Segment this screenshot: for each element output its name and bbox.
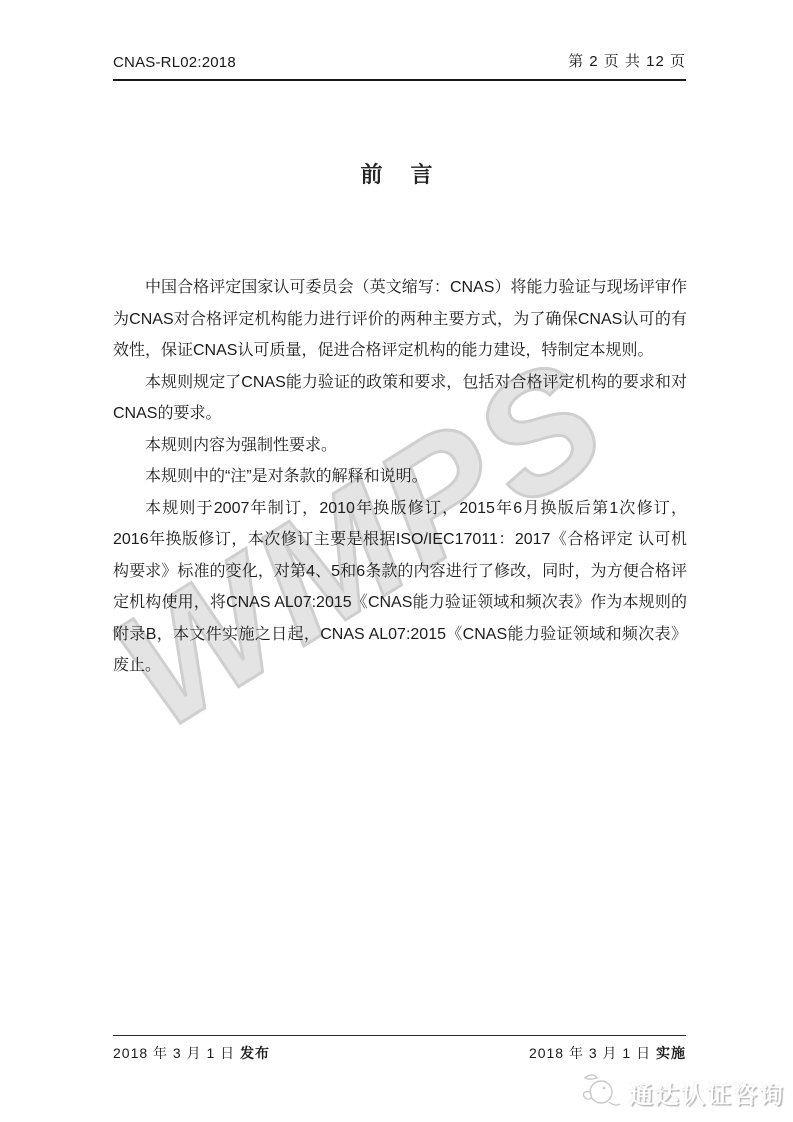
document-body: 中国合格评定国家认可委员会（英文缩写：CNAS）将能力验证与现场评审作为CNAS… (113, 272, 687, 682)
issue-date-line: 2018 年 3 月 1 日 发布 (113, 1043, 270, 1063)
implementation-date: 2018 年 3 月 1 日 (529, 1045, 651, 1061)
page-header: CNAS-RL02:2018 第 2 页 共 12 页 (113, 50, 686, 81)
bird-eye (603, 1087, 606, 1090)
brand-name: 通达认证咨询 (629, 1075, 785, 1110)
page-number-info: 第 2 页 共 12 页 (568, 50, 686, 71)
page-footer: 2018 年 3 月 1 日 发布 2018 年 3 月 1 日 实施 (113, 1035, 686, 1063)
brand-watermark: 通达认证咨询 (579, 1072, 785, 1112)
implementation-date-line: 2018 年 3 月 1 日 实施 (529, 1043, 686, 1063)
bird-logo-icon (579, 1072, 623, 1112)
document-code: CNAS-RL02:2018 (113, 54, 236, 71)
document-page: WMPS CNAS-RL02:2018 第 2 页 共 12 页 前 言 中国合… (0, 0, 793, 1122)
paragraph-intro: 中国合格评定国家认可委员会（英文缩写：CNAS）将能力验证与现场评审作为CNAS… (113, 272, 687, 367)
paragraph-notes: 本规则中的“注”是对条款的解释和说明。 (113, 461, 687, 493)
foreword-title: 前 言 (113, 158, 686, 189)
implementation-label: 实施 (656, 1045, 686, 1061)
paragraph-scope: 本规则规定了CNAS能力验证的政策和要求，包括对合格评定机构的要求和对CNAS的… (113, 367, 687, 430)
issue-date: 2018 年 3 月 1 日 (113, 1045, 235, 1061)
issue-label: 发布 (240, 1045, 270, 1061)
paragraph-mandatory: 本规则内容为强制性要求。 (113, 430, 687, 462)
paragraph-revision-history: 本规则于2007年制订，2010年换版修订，2015年6月换版后第1次修订，20… (113, 493, 687, 682)
